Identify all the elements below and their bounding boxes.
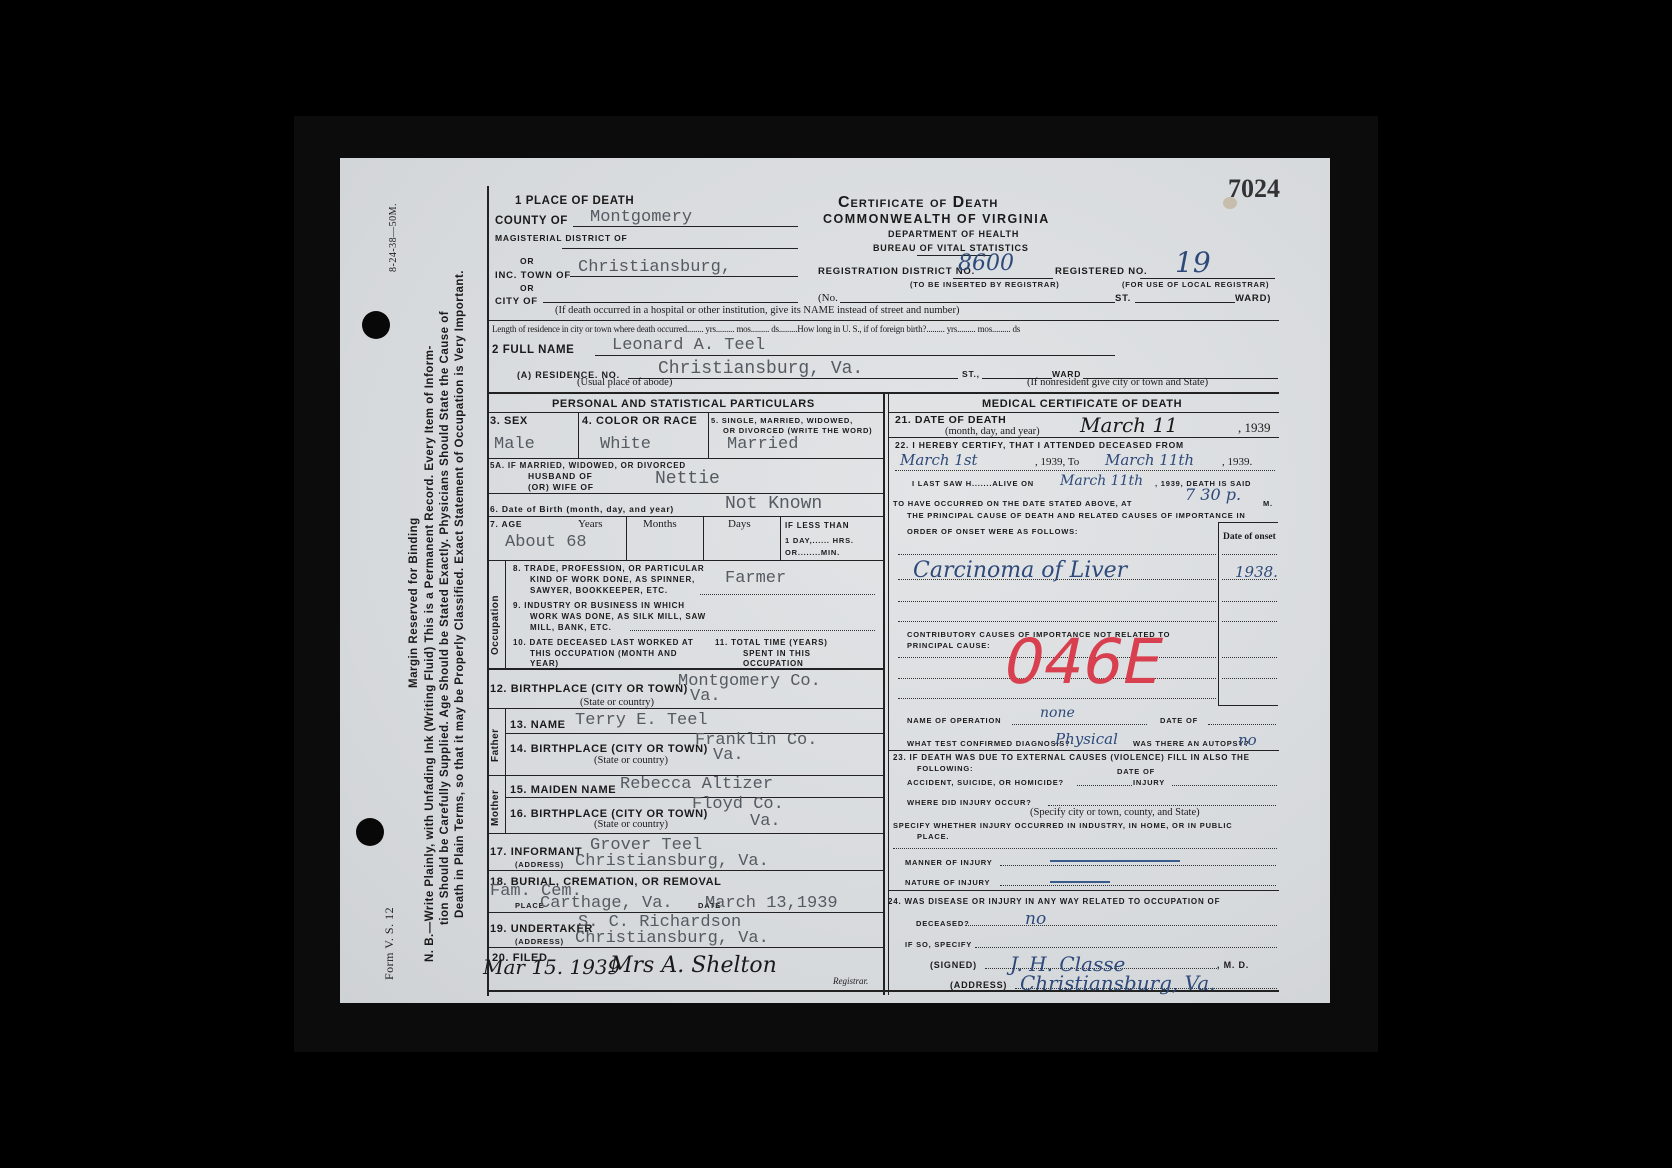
mother-bp-hint: (State or country) bbox=[594, 819, 668, 830]
registered-no-label: Registered No. bbox=[1055, 266, 1148, 277]
occupation-related-value: no bbox=[1025, 909, 1046, 929]
medical-heading: Medical Certificate of Death bbox=[982, 398, 1182, 410]
city-label: City of bbox=[495, 296, 538, 307]
spouse-label-2: Husband of bbox=[528, 471, 593, 481]
instruction-line-2: tion Should be Carefully Supplied. Age S… bbox=[439, 311, 451, 925]
birthplace-label-text: 12. Birthplace (city or town) bbox=[490, 683, 688, 695]
registration-district-value: 8600 bbox=[958, 251, 1014, 276]
father-name-value: Terry E. Teel bbox=[575, 711, 708, 730]
industry-label-1: 9. Industry or business in which bbox=[513, 601, 685, 610]
attended-to-value: March 11th bbox=[1105, 451, 1194, 469]
sex-value: Male bbox=[494, 435, 535, 454]
trade-label-2: kind of work done, as spinner, bbox=[530, 575, 695, 584]
cause-value: Carcinoma of Liver bbox=[913, 558, 1127, 583]
or-label-2: or bbox=[520, 283, 534, 293]
instruction-line-1: N. B.—Write Plainly, with Unfading Ink (… bbox=[424, 345, 436, 962]
physician-address-value: Christiansburg, Va. bbox=[1020, 971, 1216, 995]
ifso-label: If so, specify bbox=[905, 940, 972, 949]
marital-label-1: 5. Single, Married, Widowed, bbox=[711, 416, 853, 425]
time-value: 7 30 p. bbox=[1185, 485, 1241, 504]
occupation-side-label: Occupation bbox=[490, 595, 501, 655]
department: Department of Health bbox=[888, 229, 1019, 239]
occurred-label: to have occurred on the date stated abov… bbox=[893, 499, 1132, 508]
attended-to-year: , 1939. bbox=[1222, 456, 1252, 468]
father-name-label: 13. Name bbox=[510, 719, 566, 731]
mother-bp-state-value: Va. bbox=[750, 812, 781, 831]
registered-no-value: 19 bbox=[1175, 246, 1211, 279]
lastworked-label-1: 10. Date deceased last worked at bbox=[513, 638, 694, 647]
burial-date-value: March 13,1939 bbox=[705, 894, 838, 913]
burial-place-value: Carthage, Va. bbox=[540, 894, 673, 913]
race-value: White bbox=[600, 435, 651, 454]
lastsaw-label: I last saw h.......alive on bbox=[912, 479, 1034, 488]
nature-label: Nature of injury bbox=[905, 878, 990, 887]
nature-strike bbox=[1050, 881, 1110, 883]
spouse-label-3: (or) Wife of bbox=[528, 482, 594, 492]
operation-value: none bbox=[1040, 705, 1075, 721]
form-id: Form V. S. 12 bbox=[382, 907, 397, 980]
place-of-death-heading: 1 Place of Death bbox=[515, 195, 634, 207]
injury-label: injury bbox=[1133, 778, 1165, 787]
binding-hole-top bbox=[362, 311, 390, 339]
residence-hint: (Usual place of abode) bbox=[577, 377, 672, 388]
registered-hint: (For use of Local Registrar) bbox=[1122, 280, 1269, 289]
cause-label-1: The principal cause of death and related… bbox=[907, 511, 1246, 520]
external-label-2: following: bbox=[917, 764, 973, 773]
magisterial-label: Magisterial District of bbox=[495, 233, 628, 243]
informant-label: 17. Informant bbox=[490, 846, 582, 858]
days-label: Days bbox=[728, 518, 751, 530]
mother-side-label: Mother bbox=[490, 790, 501, 826]
classification-code: 046E bbox=[997, 625, 1170, 698]
external-label-1: 23. If death was due to external causes … bbox=[893, 753, 1250, 762]
county-value: Montgomery bbox=[590, 208, 692, 227]
certify-label: 22. I Hereby Certify, That I attended de… bbox=[895, 440, 1184, 450]
onset-value: 1938. bbox=[1235, 563, 1278, 581]
marital-label-2: or Divorced (write the word) bbox=[723, 426, 872, 435]
town-label: Inc. Town of bbox=[495, 270, 571, 281]
mother-name-value: Rebecca Altizer bbox=[620, 775, 773, 794]
occupation-related-label-1: 24. Was disease or injury in any way rel… bbox=[888, 897, 1220, 906]
center-divider bbox=[883, 392, 885, 995]
personal-heading: Personal and Statistical Particulars bbox=[552, 398, 815, 410]
accident-label: Accident, suicide, or homicide? bbox=[907, 778, 1064, 787]
dod-hint: (month, day, and year) bbox=[945, 426, 1040, 437]
certificate-title: Certificate of Death bbox=[838, 194, 998, 212]
father-bp-state-value: Va. bbox=[713, 746, 744, 765]
injury-dateof-label: Date of bbox=[1117, 767, 1155, 776]
dod-year: , 1939 bbox=[1238, 420, 1271, 436]
birthplace-state-value: Va. bbox=[690, 687, 721, 706]
undertaker-address-value: Christiansburg, Va. bbox=[575, 929, 769, 948]
age-label: 7. Age bbox=[490, 519, 522, 529]
specify-label-2: place. bbox=[917, 832, 949, 841]
marital-value: Married bbox=[727, 435, 798, 454]
opdate-label: Date of bbox=[1160, 716, 1198, 725]
trade-value: Farmer bbox=[725, 569, 786, 588]
residence-st: St., bbox=[962, 369, 980, 379]
manner-label: Manner of injury bbox=[905, 858, 993, 867]
residence-length: Length of residence in city or town wher… bbox=[492, 324, 1020, 334]
test-value: Physical bbox=[1055, 730, 1118, 748]
test-label: What test confirmed diagnosis? bbox=[907, 739, 1070, 748]
attended-from-year: , 1939, To bbox=[1035, 456, 1079, 468]
autopsy-label: Was there an autopsy? bbox=[1133, 739, 1250, 748]
where-hint: (Specify city or town, county, and State… bbox=[1030, 807, 1200, 818]
where-label: Where did injury occur? bbox=[907, 798, 1032, 807]
dod-label: 21. Date of Death bbox=[895, 414, 1006, 426]
certificate-subtitle: Commonwealth of Virginia bbox=[823, 212, 1050, 226]
md-label: , M. D. bbox=[1217, 960, 1249, 970]
district-hint: (To be inserted by Registrar) bbox=[910, 280, 1060, 289]
autopsy-value: no bbox=[1238, 731, 1257, 749]
county-label: County of bbox=[495, 215, 568, 227]
totaltime-label-3: occupation bbox=[743, 659, 804, 668]
race-label: 4. Color or Race bbox=[582, 415, 697, 427]
lastsaw-value: March 11th bbox=[1060, 473, 1143, 489]
ward-label: Ward) bbox=[1235, 293, 1271, 304]
town-value: Christiansburg, bbox=[578, 258, 731, 277]
dod-value: March 11 bbox=[1080, 413, 1178, 437]
filed-date-value: Mar 15. 1939 bbox=[483, 955, 620, 979]
lastworked-label-2: this occupation (month and bbox=[530, 649, 677, 658]
nonresident-hint: (If nonresident give city or town and St… bbox=[1027, 377, 1208, 388]
registrar-label: Registrar. bbox=[833, 976, 868, 986]
industry-label-3: mill, bank, etc. bbox=[530, 623, 612, 632]
industry-label-2: work was done, as silk mill, saw bbox=[530, 612, 706, 621]
father-side-label: Father bbox=[490, 728, 501, 762]
signed-label: (Signed) bbox=[930, 960, 977, 970]
or-label: or bbox=[520, 256, 534, 266]
specify-label-1: Specify whether injury occurred in indus… bbox=[893, 821, 1233, 830]
trade-label-1: 8. Trade, profession, or particular bbox=[513, 564, 704, 573]
father-bp-hint: (State or country) bbox=[594, 755, 668, 766]
registration-district-label: Registration District No. bbox=[818, 266, 975, 277]
lastworked-label-3: year) bbox=[530, 659, 559, 668]
hospital-note: (If death occurred in a hospital or othe… bbox=[555, 305, 959, 316]
full-name-value: Leonard A. Teel bbox=[612, 336, 765, 355]
attended-from-value: March 1st bbox=[900, 451, 978, 469]
time-suffix: M. bbox=[1263, 499, 1273, 508]
binding-hole-bottom bbox=[356, 818, 384, 846]
cause-label-2: order of onset were as follows: bbox=[907, 527, 1078, 536]
physician-address-label: (Address) bbox=[950, 980, 1007, 990]
undertaker-address-label: (Address) bbox=[515, 937, 564, 946]
registrar-signature: Mrs A. Shelton bbox=[610, 953, 777, 978]
onset-header: Date of onset bbox=[1223, 532, 1276, 542]
less-label-1: If less than bbox=[785, 521, 849, 530]
residence-value: Christiansburg, Va. bbox=[658, 359, 863, 379]
mother-name-label: 15. Maiden Name bbox=[510, 784, 616, 796]
father-bp-label: 14. Birthplace (city or town) bbox=[510, 743, 708, 755]
birthplace-label: 12. Birthplace (city or town) bbox=[490, 683, 688, 695]
age-value: About 68 bbox=[505, 533, 587, 552]
informant-address-value: Christiansburg, Va. bbox=[575, 852, 769, 871]
form-left-rule bbox=[487, 186, 489, 996]
operation-label: Name of operation bbox=[907, 716, 1001, 725]
sex-label: 3. Sex bbox=[490, 415, 528, 427]
manner-strike bbox=[1050, 860, 1180, 862]
spouse-value: Nettie bbox=[655, 469, 720, 489]
occupation-related-label-2: deceased? bbox=[916, 919, 969, 928]
st-label: St. bbox=[1115, 293, 1131, 304]
dob-value: Not Known bbox=[725, 494, 822, 514]
years-label: Years bbox=[578, 518, 603, 530]
birthplace-hint: (State or country) bbox=[580, 697, 654, 708]
instruction-line-3: Death in Plain Terms, so that it may be … bbox=[454, 270, 466, 918]
contributory-label-2: principal cause: bbox=[907, 641, 990, 650]
dob-label: 6. Date of Birth (month, day, and year) bbox=[490, 504, 674, 514]
trade-label-3: sawyer, bookkeeper, etc. bbox=[530, 586, 668, 595]
print-code: 8-24-38—50M. bbox=[388, 203, 399, 272]
stain bbox=[1223, 197, 1237, 209]
margin-note: Margin Reserved for Binding bbox=[408, 517, 420, 688]
less-label-2: 1 day,...... hrs. bbox=[785, 536, 854, 545]
informant-address-label: (Address) bbox=[515, 860, 564, 869]
less-label-3: or........min. bbox=[785, 548, 840, 557]
months-label: Months bbox=[643, 518, 677, 530]
totaltime-label-2: spent in this bbox=[743, 649, 811, 658]
totaltime-label-1: 11. Total time (years) bbox=[715, 638, 828, 647]
no-label: (No. bbox=[818, 292, 838, 304]
full-name-label: 2 Full Name bbox=[492, 344, 574, 356]
